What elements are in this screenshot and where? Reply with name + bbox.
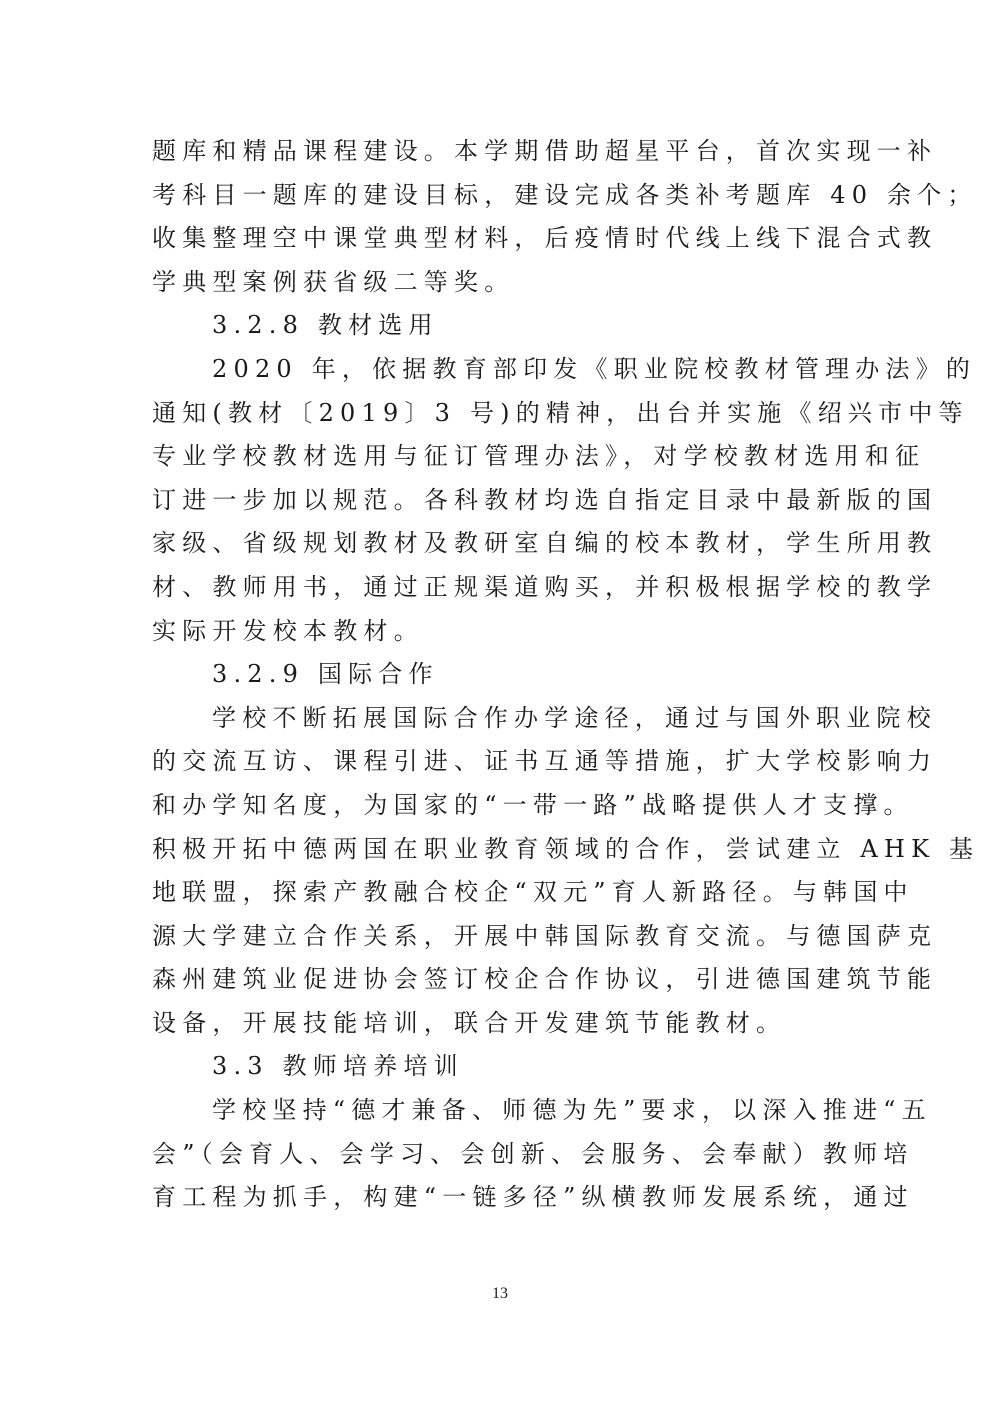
- section-heading-3-2-8: 3.2.8 教材选用: [152, 304, 852, 348]
- paragraph-teacher-training: 学校坚持“德才兼备、师德为先”要求，以深入推进“五 会”（会育人、会学习、会创新…: [152, 1089, 852, 1220]
- text-line: 家级、省级规划教材及教研室自编的校本教材，学生所用教: [152, 522, 852, 566]
- text-line: 学典型案例获省级二等奖。: [152, 261, 852, 305]
- text-line: 积极开拓中德两国在职业教育领域的合作，尝试建立 AHK 基: [152, 828, 852, 872]
- text-line: 考科目一题库的建设目标，建设完成各类补考题库 40 余个；: [152, 174, 852, 218]
- paragraph-international-cooperation: 学校不断拓展国际合作办学途径，通过与国外职业院校 的交流互访、课程引进、证书互通…: [152, 697, 852, 1046]
- paragraph-textbook-selection: 2020 年，依据教育部印发《职业院校教材管理办法》的 通知(教材〔2019〕3…: [152, 348, 852, 653]
- text-line: 材、教师用书，通过正规渠道购买，并积极根据学校的教学: [152, 566, 852, 610]
- text-line: 收集整理空中课堂典型材料，后疫情时代线上线下混合式教: [152, 217, 852, 261]
- section-heading-3-3: 3.3 教师培养培训: [152, 1045, 852, 1089]
- text-line: 源大学建立合作关系，开展中韩国际教育交流。与德国萨克: [152, 915, 852, 959]
- text-line: 设备，开展技能培训，联合开发建筑节能教材。: [152, 1002, 852, 1046]
- text-line: 地联盟，探索产教融合校企“双元”育人新路径。与韩国中: [152, 871, 852, 915]
- text-line: 学校不断拓展国际合作办学途径，通过与国外职业院校: [152, 697, 852, 741]
- text-line: 订进一步加以规范。各科教材均选自指定目录中最新版的国: [152, 479, 852, 523]
- text-line: 通知(教材〔2019〕3 号)的精神，出台并实施《绍兴市中等: [152, 392, 852, 436]
- text-line: 专业学校教材选用与征订管理办法》，对学校教材选用和征: [152, 435, 852, 479]
- text-line: 学校坚持“德才兼备、师德为先”要求，以深入推进“五: [152, 1089, 852, 1133]
- text-line: 会”（会育人、会学习、会创新、会服务、会奉献）教师培: [152, 1133, 852, 1177]
- text-line: 题库和精品课程建设。本学期借助超星平台，首次实现一补: [152, 130, 852, 174]
- paragraph-continued: 题库和精品课程建设。本学期借助超星平台，首次实现一补 考科目一题库的建设目标，建…: [152, 130, 852, 304]
- document-page: 题库和精品课程建设。本学期借助超星平台，首次实现一补 考科目一题库的建设目标，建…: [152, 130, 852, 1220]
- text-line: 2020 年，依据教育部印发《职业院校教材管理办法》的: [152, 348, 852, 392]
- section-heading-3-2-9: 3.2.9 国际合作: [152, 653, 852, 697]
- text-line: 和办学知名度，为国家的“一带一路”战略提供人才支撑。: [152, 784, 852, 828]
- text-line: 育工程为抓手，构建“一链多径”纵横教师发展系统，通过: [152, 1176, 852, 1220]
- text-line: 的交流互访、课程引进、证书互通等措施，扩大学校影响力: [152, 740, 852, 784]
- page-number: 13: [0, 1285, 1000, 1303]
- text-line: 森州建筑业促进协会签订校企合作协议，引进德国建筑节能: [152, 958, 852, 1002]
- text-line: 实际开发校本教材。: [152, 610, 852, 654]
